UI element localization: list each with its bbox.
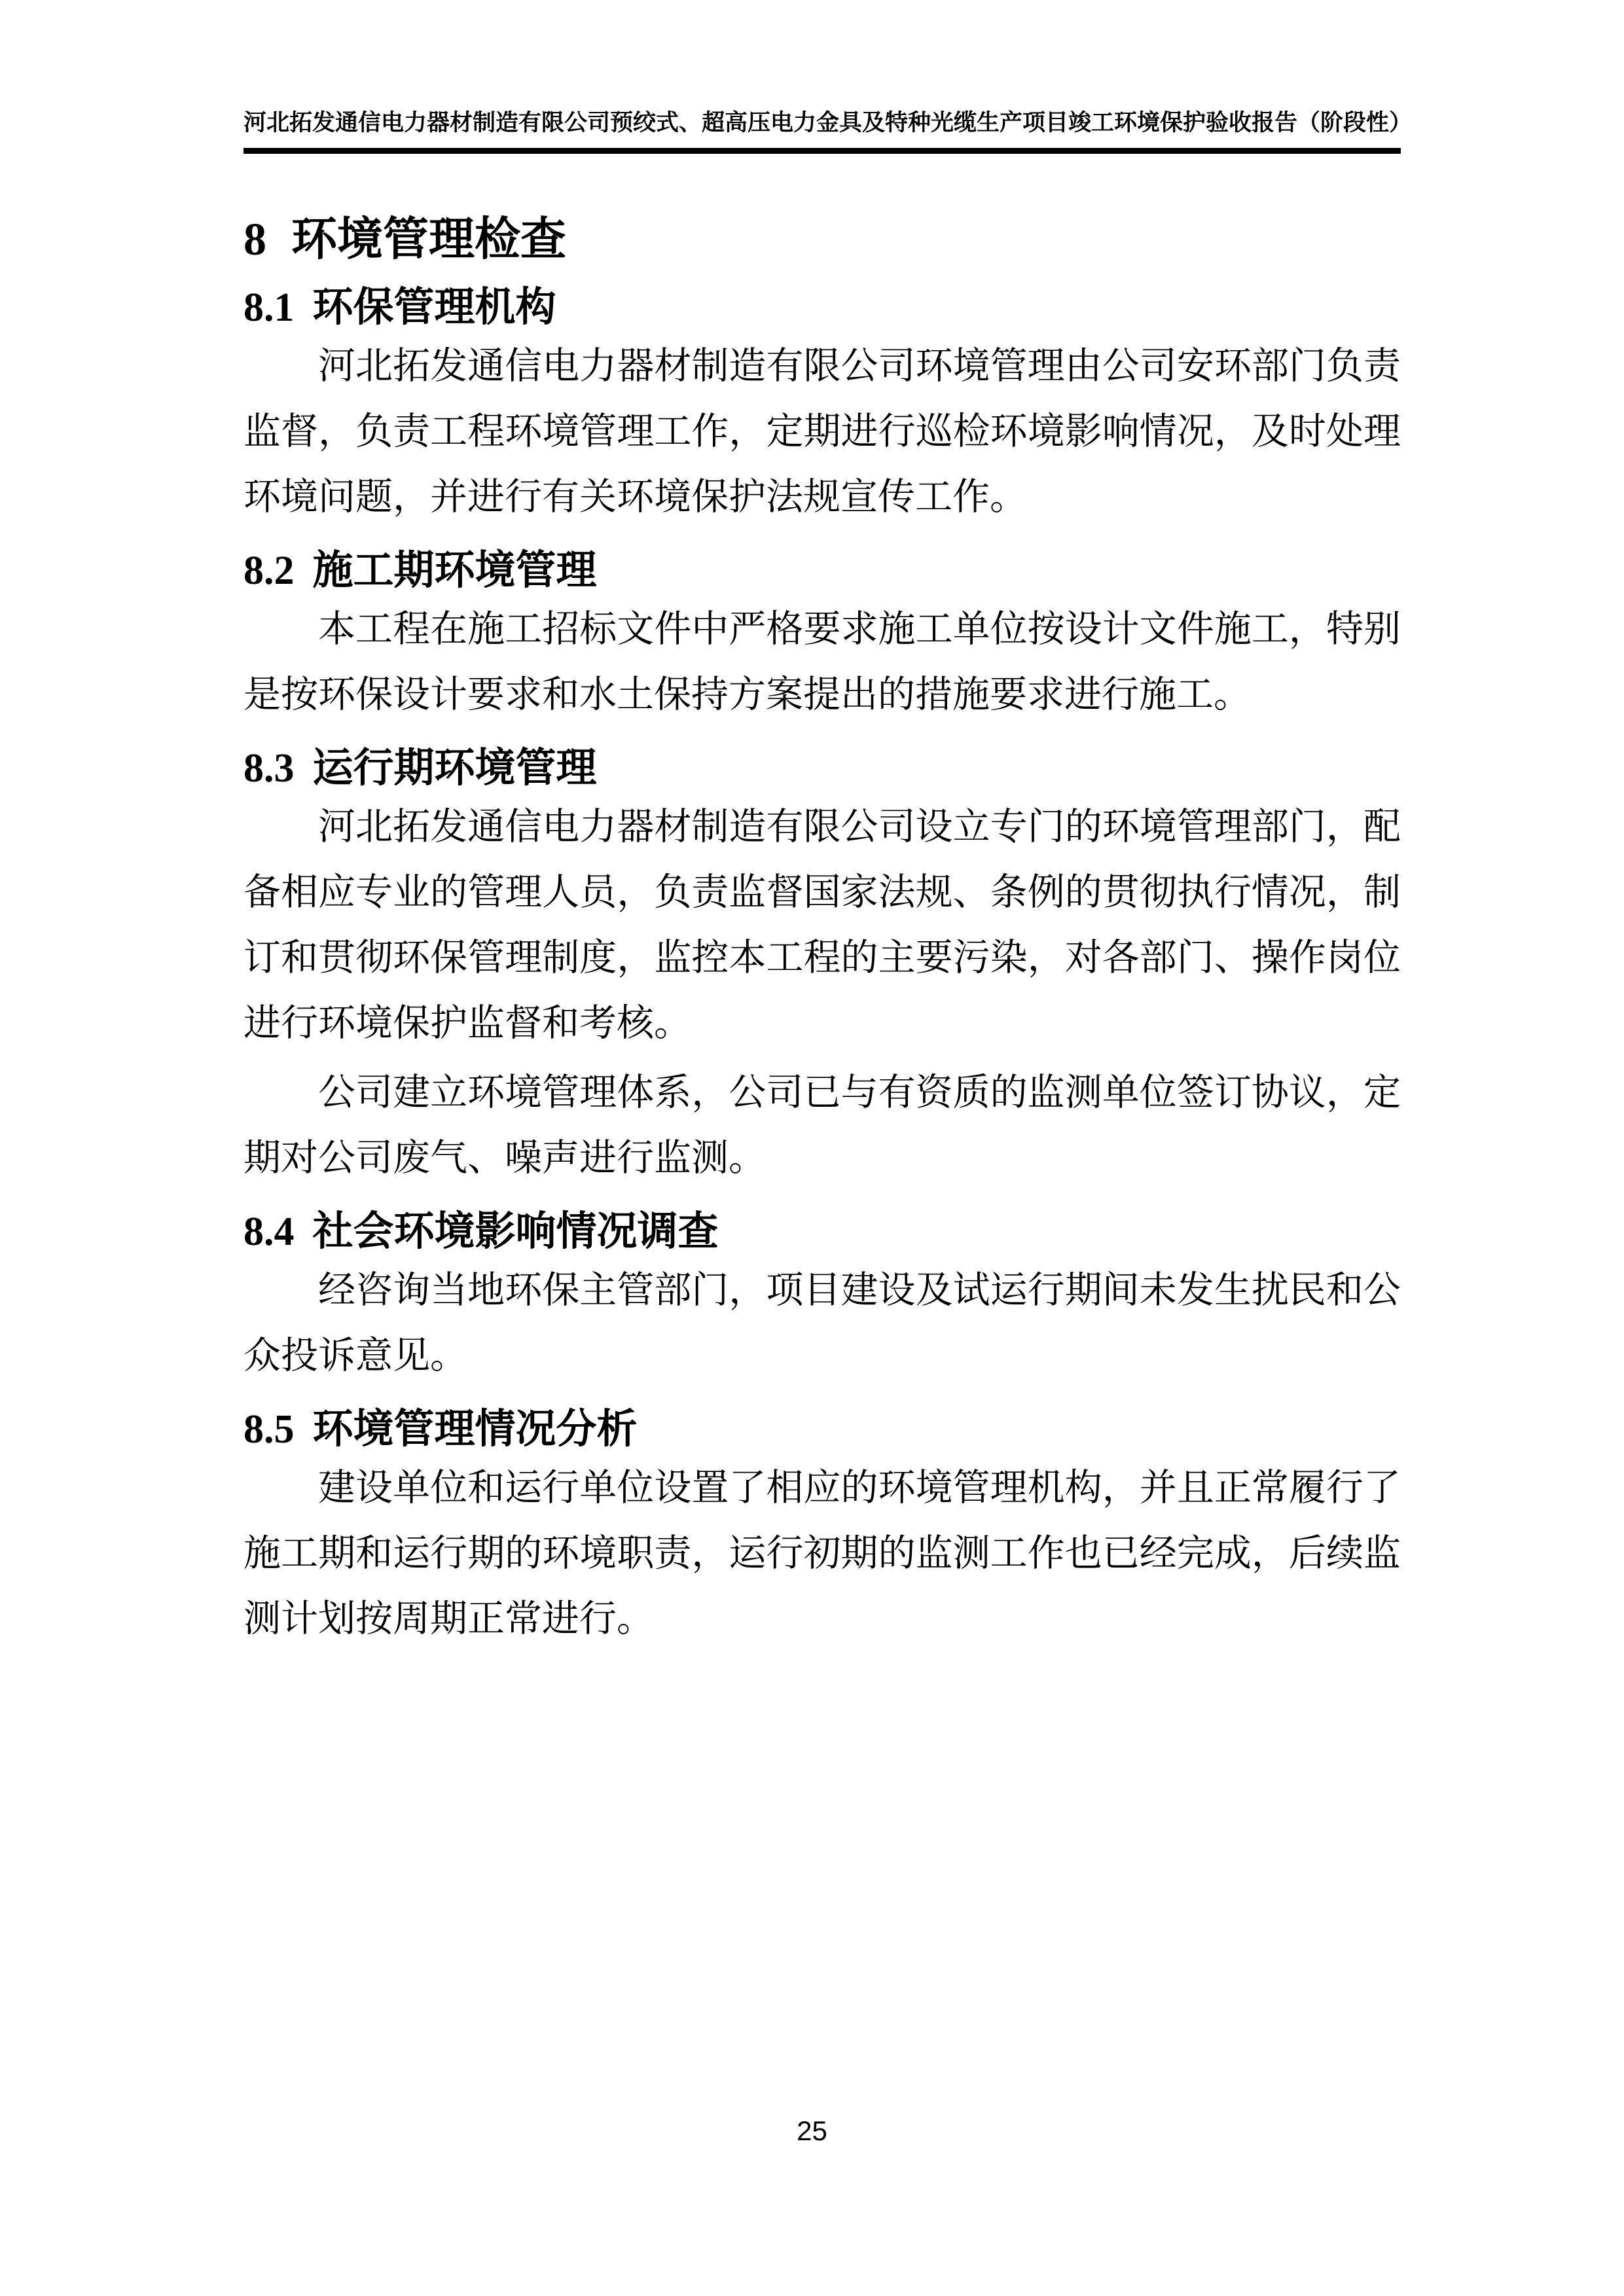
- page-header: 河北拓发通信电力器材制造有限公司预绞式、超高压电力金具及特种光缆生产项目竣工环境…: [244, 0, 1401, 154]
- heading-text: 环境管理情况分析: [313, 1407, 638, 1452]
- paragraph-8-4: 经咨询当地环保主管部门，项目建设及试运行期间未发生扰民和公众投诉意见。: [244, 1258, 1401, 1389]
- document-page: 河北拓发通信电力器材制造有限公司预绞式、超高压电力金具及特种光缆生产项目竣工环境…: [0, 0, 1624, 2296]
- heading-number: 8.2: [244, 548, 295, 593]
- header-title: 河北拓发通信电力器材制造有限公司预绞式、超高压电力金具及特种光缆生产项目竣工环境…: [244, 105, 1401, 137]
- section-heading-8-1: 8.1环保管理机构: [244, 285, 1401, 330]
- heading-number: 8.3: [244, 746, 295, 791]
- paragraph-8-3-2: 公司建立环境管理体系，公司已与有资质的监测单位签订协议，定期对公司废气、噪声进行…: [244, 1060, 1401, 1191]
- section-heading-8-5: 8.5环境管理情况分析: [244, 1407, 1401, 1452]
- heading-text: 施工期环境管理: [313, 548, 597, 593]
- heading-text: 环保管理机构: [313, 285, 556, 330]
- paragraph-8-3-1: 河北拓发通信电力器材制造有限公司设立专门的环境管理部门，配备相应专业的管理人员，…: [244, 795, 1401, 1056]
- heading-number: 8.5: [244, 1407, 295, 1452]
- heading-text: 运行期环境管理: [313, 746, 597, 791]
- heading-number: 8.1: [244, 285, 295, 330]
- section-heading-8-4: 8.4社会环境影响情况调查: [244, 1210, 1401, 1254]
- heading-number: 8: [244, 215, 266, 265]
- section-heading-8-2: 8.2施工期环境管理: [244, 548, 1401, 593]
- heading-number: 8.4: [244, 1210, 295, 1254]
- section-heading-8-3: 8.3运行期环境管理: [244, 746, 1401, 791]
- section-heading-8: 8环境管理检查: [244, 214, 1401, 267]
- paragraph-8-5: 建设单位和运行单位设置了相应的环境管理机构，并且正常履行了施工期和运行期的环境职…: [244, 1456, 1401, 1652]
- page-number: 25: [797, 2115, 827, 2146]
- paragraph-8-2: 本工程在施工招标文件中严格要求施工单位按设计文件施工，特别是按环保设计要求和水土…: [244, 597, 1401, 728]
- page-footer: 25: [0, 2115, 1624, 2147]
- content-area: 河北拓发通信电力器材制造有限公司预绞式、超高压电力金具及特种光缆生产项目竣工环境…: [244, 0, 1401, 1652]
- paragraph-8-1: 河北拓发通信电力器材制造有限公司环境管理由公司安环部门负责监督，负责工程环境管理…: [244, 334, 1401, 530]
- heading-text: 社会环境影响情况调查: [313, 1210, 719, 1254]
- heading-text: 环境管理检查: [291, 215, 566, 265]
- header-rule: [244, 148, 1401, 154]
